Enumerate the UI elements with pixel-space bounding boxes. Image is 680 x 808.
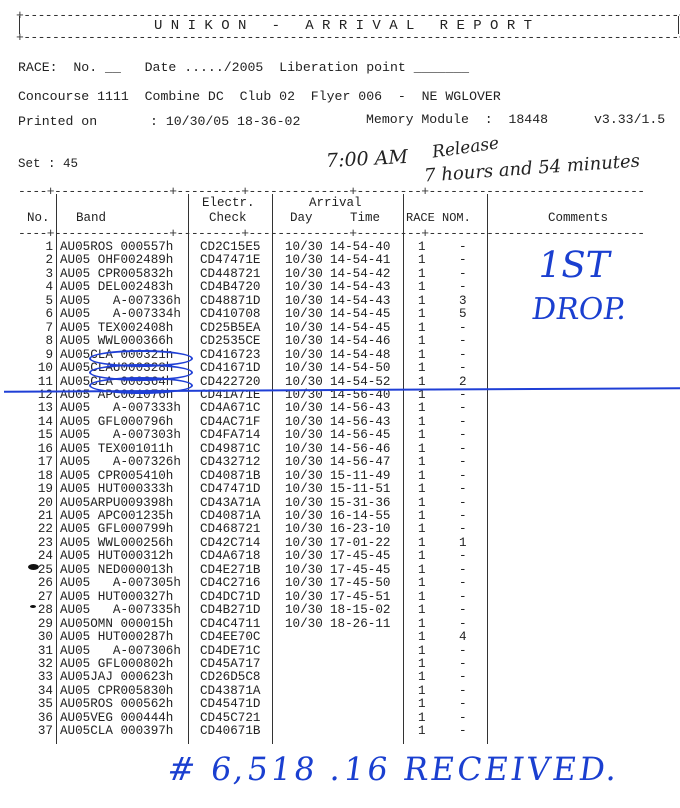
row-number: 37: [38, 725, 53, 739]
electronic-check-cell: CD4FA714: [200, 429, 260, 443]
arrival-time-cell: 17-45-45: [330, 550, 390, 564]
arrival-time-cell: 14-54-50: [330, 362, 390, 376]
electronic-check-cell: CD4DE71C: [200, 645, 260, 659]
arrival-time-cell: 15-11-51: [330, 483, 390, 497]
row-number: 2: [45, 254, 53, 268]
version: v3.33/1.5: [594, 112, 665, 127]
arrival-day-cell: 10/30: [285, 523, 323, 537]
printed-value: : 10/30/05 18-36-02: [150, 114, 300, 129]
arrival-time-cell: 14-54-43: [330, 281, 390, 295]
electronic-check-cell: CD4A6718: [200, 550, 260, 564]
race-cell: 1: [418, 254, 426, 268]
arrival-time-cell: 14-54-41: [330, 254, 390, 268]
arrival-time-cell: 16-23-10: [330, 523, 390, 537]
nomination-cell: 5: [459, 308, 467, 322]
arrival-time-cell: 14-56-45: [330, 429, 390, 443]
header-race-nom: RACE NOM.: [406, 211, 471, 225]
arrival-day-cell: 10/30: [285, 402, 323, 416]
band-cell: AU05 DEL002483h: [60, 281, 173, 295]
arrival-day-cell: 10/30: [285, 308, 323, 322]
table-row: 28AU05 A-007335hCD4B271D10/3018-15-021-: [0, 604, 680, 618]
amount-received: # 6,518 .16 RECEIVED.: [165, 750, 622, 788]
electronic-check-cell: CD41671D: [200, 362, 260, 376]
race-cell: 1: [418, 308, 426, 322]
header-comments: Comments: [548, 211, 608, 225]
band-cell: AU05 A-007305h: [60, 577, 181, 591]
nomination-cell: -: [459, 483, 467, 497]
electronic-check-cell: CD4A671C: [200, 402, 260, 416]
memory-module: Memory Module : 18448: [366, 112, 548, 127]
arrival-day-cell: 10/30: [285, 456, 323, 470]
nomination-cell: -: [459, 523, 467, 537]
band-cell: AU05JAJ 000623h: [60, 671, 173, 685]
electronic-check-cell: CD4B4720: [200, 281, 260, 295]
row-number: 31: [38, 645, 53, 659]
band-cell: AU05 A-007326h: [60, 456, 181, 470]
nomination-cell: -: [459, 362, 467, 376]
band-cell: AU05 OHF002489h: [60, 254, 173, 268]
nomination-cell: -: [459, 671, 467, 685]
arrival-day-cell: 10/30: [285, 335, 323, 349]
table-row: 22AU05 GFL000799hCD46872110/3016-23-101-: [0, 523, 680, 537]
race-cell: 1: [418, 281, 426, 295]
nomination-cell: -: [459, 429, 467, 443]
band-cell: AU05 A-007334h: [60, 308, 181, 322]
race-cell: 1: [418, 456, 426, 470]
table-row: 31AU05 A-007306hCD4DE71C1-: [0, 645, 680, 659]
table-row: 17AU05 A-007326hCD43271210/3014-56-471-: [0, 456, 680, 470]
band-cell: AU05 WWL000366h: [60, 335, 173, 349]
row-number: 30: [38, 631, 53, 645]
race-cell: 1: [418, 483, 426, 497]
arrival-day-cell: 10/30: [285, 618, 323, 632]
band-cell: AU05 HUT000312h: [60, 550, 173, 564]
arrival-day-cell: 10/30: [285, 550, 323, 564]
band-cell: AU05 HUT000333h: [60, 483, 173, 497]
race-cell: 1: [418, 698, 426, 712]
electronic-check-cell: CD47471D: [200, 483, 260, 497]
arrival-time-cell: 14-54-46: [330, 335, 390, 349]
header-check-bottom: Check: [209, 211, 247, 225]
header-check-top: Electr.: [202, 196, 255, 210]
race-line: RACE: No. __ Date ...../2005 Liberation …: [18, 60, 469, 75]
nomination-cell: -: [459, 281, 467, 295]
ink-mark-row-27: [30, 605, 36, 608]
band-cell: AU05 GFL000799h: [60, 523, 173, 537]
row-number: 28: [38, 604, 53, 618]
electronic-check-cell: CD45471D: [200, 698, 260, 712]
header-day: Day: [290, 211, 313, 225]
electronic-check-cell: CD47471E: [200, 254, 260, 268]
band-cell: AU05 A-007306h: [60, 645, 181, 659]
nomination-cell: -: [459, 335, 467, 349]
row-number: 22: [38, 523, 53, 537]
band-cell: AU05ROS 000562h: [60, 698, 173, 712]
arrival-day-cell: 10/30: [285, 281, 323, 295]
nomination-cell: 4: [459, 631, 467, 645]
title-border-bottom: +---------------------------------------…: [16, 30, 680, 45]
row-number: 15: [38, 429, 53, 443]
race-cell: 1: [418, 550, 426, 564]
row-number: 10: [38, 362, 53, 376]
electronic-check-cell: CD26D5C8: [200, 671, 260, 685]
row-number: 6: [45, 308, 53, 322]
band-cell: AU05 HUT000287h: [60, 631, 173, 645]
table-row: 24AU05 HUT000312hCD4A671810/3017-45-451-: [0, 550, 680, 564]
header-arrival: Arrival: [309, 196, 362, 210]
arrival-day-cell: 10/30: [285, 362, 323, 376]
race-cell: 1: [418, 335, 426, 349]
electronic-check-cell: CD4EE70C: [200, 631, 260, 645]
nomination-cell: -: [459, 645, 467, 659]
arrival-day-cell: 10/30: [285, 577, 323, 591]
arrival-day-cell: 10/30: [285, 483, 323, 497]
arrival-day-cell: 10/30: [285, 254, 323, 268]
table-row: 13AU05 A-007333hCD4A671C10/3014-56-431-: [0, 402, 680, 416]
nomination-cell: -: [459, 402, 467, 416]
ink-mark-row-24: [28, 564, 39, 570]
race-cell: 1: [418, 645, 426, 659]
electronic-check-cell: CD432712: [200, 456, 260, 470]
row-number: 24: [38, 550, 53, 564]
table-row: 15AU05 A-007303hCD4FA71410/3014-56-451-: [0, 429, 680, 443]
nomination-cell: -: [459, 254, 467, 268]
table-row: 35AU05ROS 000562hCD45471D1-: [0, 698, 680, 712]
row-number: 19: [38, 483, 53, 497]
race-cell: 1: [418, 604, 426, 618]
electronic-check-cell: CD4C2716: [200, 577, 260, 591]
electronic-check-cell: CD2535CE: [200, 335, 260, 349]
electronic-check-cell: CD468721: [200, 523, 260, 537]
arrival-time-cell: 18-26-11: [330, 618, 390, 632]
race-cell: 1: [418, 671, 426, 685]
race-cell: 1: [418, 725, 426, 739]
band-cell: AU05CLA 000397h: [60, 725, 173, 739]
table-row: 8AU05 WWL000366hCD2535CE10/3014-54-461-: [0, 335, 680, 349]
nomination-cell: -: [459, 725, 467, 739]
race-cell: 1: [418, 523, 426, 537]
nomination-cell: -: [459, 550, 467, 564]
band-cell: AU05 A-007335h: [60, 604, 181, 618]
header-band: Band: [76, 211, 106, 225]
electronic-check-cell: CD422720: [200, 376, 260, 390]
table-row: 19AU05 HUT000333hCD47471D10/3015-11-511-: [0, 483, 680, 497]
arrival-time-cell: 14-56-43: [330, 402, 390, 416]
arrival-time-cell: 17-45-50: [330, 577, 390, 591]
arrival-day-cell: 10/30: [285, 376, 323, 390]
row-number: 33: [38, 671, 53, 685]
row-number: 4: [45, 281, 53, 295]
handwritten-release-word: Release: [431, 133, 500, 162]
row-number: 8: [45, 335, 53, 349]
race-cell: 1: [418, 362, 426, 376]
race-cell: 1: [418, 429, 426, 443]
row-number: 35: [38, 698, 53, 712]
row-number: 17: [38, 456, 53, 470]
electronic-check-cell: CD410708: [200, 308, 260, 322]
comment-first: 1ST: [534, 245, 613, 286]
info-line: Concourse 1111 Combine DC Club 02 Flyer …: [18, 89, 501, 104]
table-row: 37AU05CLA 000397hCD40671B1-: [0, 725, 680, 739]
table-header-border-bottom: ----+----------------+---------+--------…: [18, 226, 680, 241]
printed-label: Printed on: [18, 114, 97, 129]
band-cell: AU05 A-007303h: [60, 429, 181, 443]
race-cell: 1: [418, 631, 426, 645]
arrival-time-cell: 14-54-52: [330, 376, 390, 390]
nomination-cell: -: [459, 456, 467, 470]
handwritten-release-time: 7:00 AM: [325, 146, 408, 172]
race-cell: 1: [418, 577, 426, 591]
race-cell: 1: [418, 402, 426, 416]
arrival-day-cell: 10/30: [285, 604, 323, 618]
arrival-time-cell: 18-15-02: [330, 604, 390, 618]
race-cell: 1: [418, 376, 426, 390]
comment-drop: DROP.: [530, 292, 630, 327]
nomination-cell: -: [459, 698, 467, 712]
nomination-cell: 2: [459, 376, 467, 390]
arrival-day-cell: 10/30: [285, 429, 323, 443]
table-row: 30AU05 HUT000287hCD4EE70C14: [0, 631, 680, 645]
arrival-time-cell: 14-54-45: [330, 308, 390, 322]
nomination-cell: -: [459, 577, 467, 591]
header-time: Time: [350, 211, 380, 225]
band-cell: AU05 A-007333h: [60, 402, 181, 416]
arrival-time-cell: 14-56-47: [330, 456, 390, 470]
row-number: 26: [38, 577, 53, 591]
header-no: No.: [27, 211, 50, 225]
table-row: 33AU05JAJ 000623hCD26D5C81-: [0, 671, 680, 685]
electronic-check-cell: CD40671B: [200, 725, 260, 739]
row-number: 13: [38, 402, 53, 416]
table-row: 26AU05 A-007305hCD4C271610/3017-45-501-: [0, 577, 680, 591]
nomination-cell: -: [459, 604, 467, 618]
row-number: 11: [38, 376, 53, 390]
electronic-check-cell: CD4B271D: [200, 604, 260, 618]
set-number: Set : 45: [18, 157, 78, 171]
